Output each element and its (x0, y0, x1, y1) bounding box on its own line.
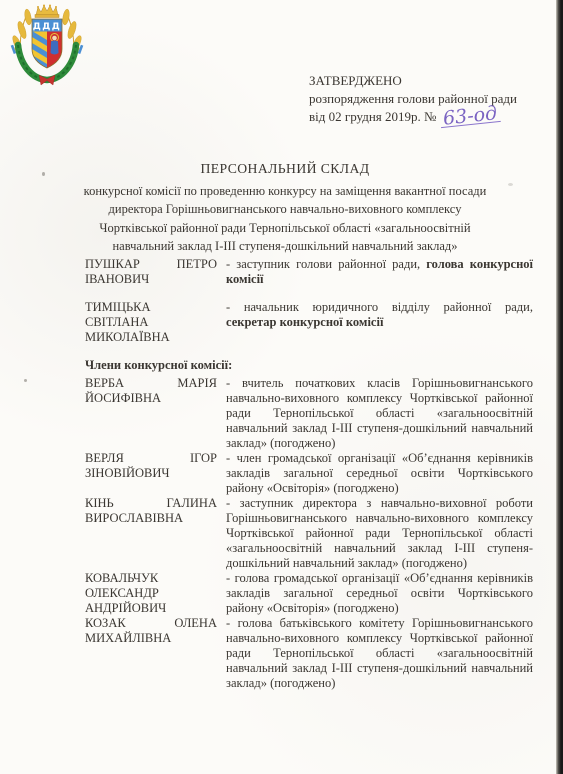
member-row: ВЕРБА МАРІЯ ЙОСИФІВНА - вчитель початков… (85, 376, 533, 451)
member-row: КОВАЛЬЧУК ОЛЕКСАНДР АНДРІЙОВИЧ - голова … (85, 571, 533, 616)
emblem-shield: ДДД (32, 19, 62, 71)
approved-label: ЗАТВЕРДЖЕНО (309, 72, 535, 90)
member-role: - член громадської організації «Об’єднан… (226, 451, 533, 496)
member-name: КІНЬ ГАЛИНА ВИРОСЛАВІВНА (85, 496, 217, 571)
approval-order-line: розпорядження голови районної ради (309, 90, 535, 108)
scan-speck (24, 379, 27, 382)
member-row: ВЕРЛЯ ІГОР ЗІНОВІЙОВИЧ - член громадсько… (85, 451, 533, 496)
document-subtitle-line: директора Горішньовигнанського навчально… (54, 200, 516, 219)
scan-speck (42, 172, 45, 176)
member-row: КІНЬ ГАЛИНА ВИРОСЛАВІВНА - заступник дир… (85, 496, 533, 571)
member-name: ВЕРЛЯ ІГОР ЗІНОВІЙОВИЧ (85, 451, 217, 496)
member-role: - вчитель початкових класів Горішньовигн… (226, 376, 533, 451)
member-name: ВЕРБА МАРІЯ ЙОСИФІВНА (85, 376, 217, 451)
document-subtitle-line: Чортківської районної ради Тернопільсько… (54, 219, 516, 238)
member-role: - голова батьківського комітету Горішньо… (226, 616, 533, 691)
officer-row: ТИМІЦЬКА СВІТЛАНА МИКОЛАЇВНА - начальник… (85, 300, 533, 345)
document-subtitle-line: конкурсної комісії по проведенню конкурс… (54, 182, 516, 201)
officer-role-bold: секретар конкурсної комісії (226, 315, 383, 329)
commission-roster: ПУШКАР ПЕТРО ІВАНОВИЧ - заступник голови… (85, 257, 533, 691)
scan-edge (556, 0, 563, 774)
member-row: КОЗАК ОЛЕНА МИХАЙЛІВНА - голова батьківс… (85, 616, 533, 691)
officer-name: ТИМІЦЬКА СВІТЛАНА МИКОЛАЇВНА (85, 300, 217, 345)
emblem-chief-letters: ДДД (33, 22, 62, 32)
members-section-heading: Члени конкурсної комісії: (85, 358, 533, 373)
officer-role-text: - заступник голови районної ради, (226, 257, 426, 271)
officer-row: ПУШКАР ПЕТРО ІВАНОВИЧ - заступник голови… (85, 257, 533, 287)
member-name: КОВАЛЬЧУК ОЛЕКСАНДР АНДРІЙОВИЧ (85, 571, 217, 616)
approval-date-line: від 02 грудня 2019р. №63-од (309, 108, 535, 126)
officer-role-text: - начальник юридичного відділу районної … (226, 300, 533, 314)
scanned-document-page: ДДД ЗАТВЕРДЖЕНО розпорядження голови рай… (0, 0, 563, 774)
officer-role: - заступник голови районної ради, голова… (226, 257, 533, 287)
emblem-ribbon (39, 75, 55, 85)
member-role: - голова громадської організації «Об’єдн… (226, 571, 533, 616)
document-subtitle-line: навчальний заклад І-ІІІ ступеня-дошкільн… (54, 237, 516, 256)
document-title-block: ПЕРСОНАЛЬНИЙ СКЛАД конкурсної комісії по… (54, 160, 516, 256)
officer-role: - начальник юридичного відділу районної … (226, 300, 533, 345)
approval-date-prefix: від 02 грудня 2019р. № (309, 109, 436, 124)
member-name: КОЗАК ОЛЕНА МИХАЙЛІВНА (85, 616, 217, 691)
coat-of-arms-emblem: ДДД (8, 3, 86, 89)
approval-block: ЗАТВЕРДЖЕНО розпорядження голови районно… (309, 72, 535, 126)
document-title: ПЕРСОНАЛЬНИЙ СКЛАД (54, 160, 516, 179)
scan-speck (508, 183, 513, 186)
member-role: - заступник директора з навчально-виховн… (226, 496, 533, 571)
emblem-crown (35, 5, 59, 18)
officer-name: ПУШКАР ПЕТРО ІВАНОВИЧ (85, 257, 217, 287)
handwritten-order-number: 63-од (440, 106, 501, 128)
